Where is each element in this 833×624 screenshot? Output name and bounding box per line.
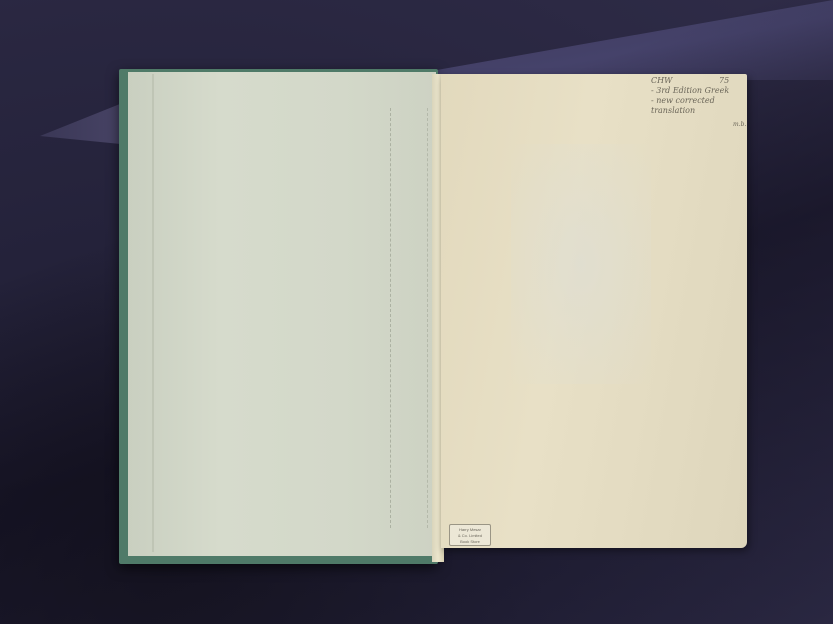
right-flyleaf: CHW 75 - 3rd Edition Greek - new correct… [441,74,747,548]
bookseller-label: Harry Mesar & Co. Limited Book Store [449,524,491,546]
hinge-line [152,74,154,552]
ghost-imprint [390,108,428,528]
page-discoloration [511,144,651,384]
note-number: 75 [719,76,729,86]
note-line: translation [651,106,746,116]
note-header: CHW [651,76,746,86]
label-line: Book Store [450,539,490,545]
left-endpaper [128,72,436,556]
handwritten-note: CHW 75 - 3rd Edition Greek - new correct… [651,76,746,116]
note-initials: m.b. [733,120,746,130]
note-line: - new corrected [651,96,746,106]
note-line: - 3rd Edition Greek [651,86,746,96]
